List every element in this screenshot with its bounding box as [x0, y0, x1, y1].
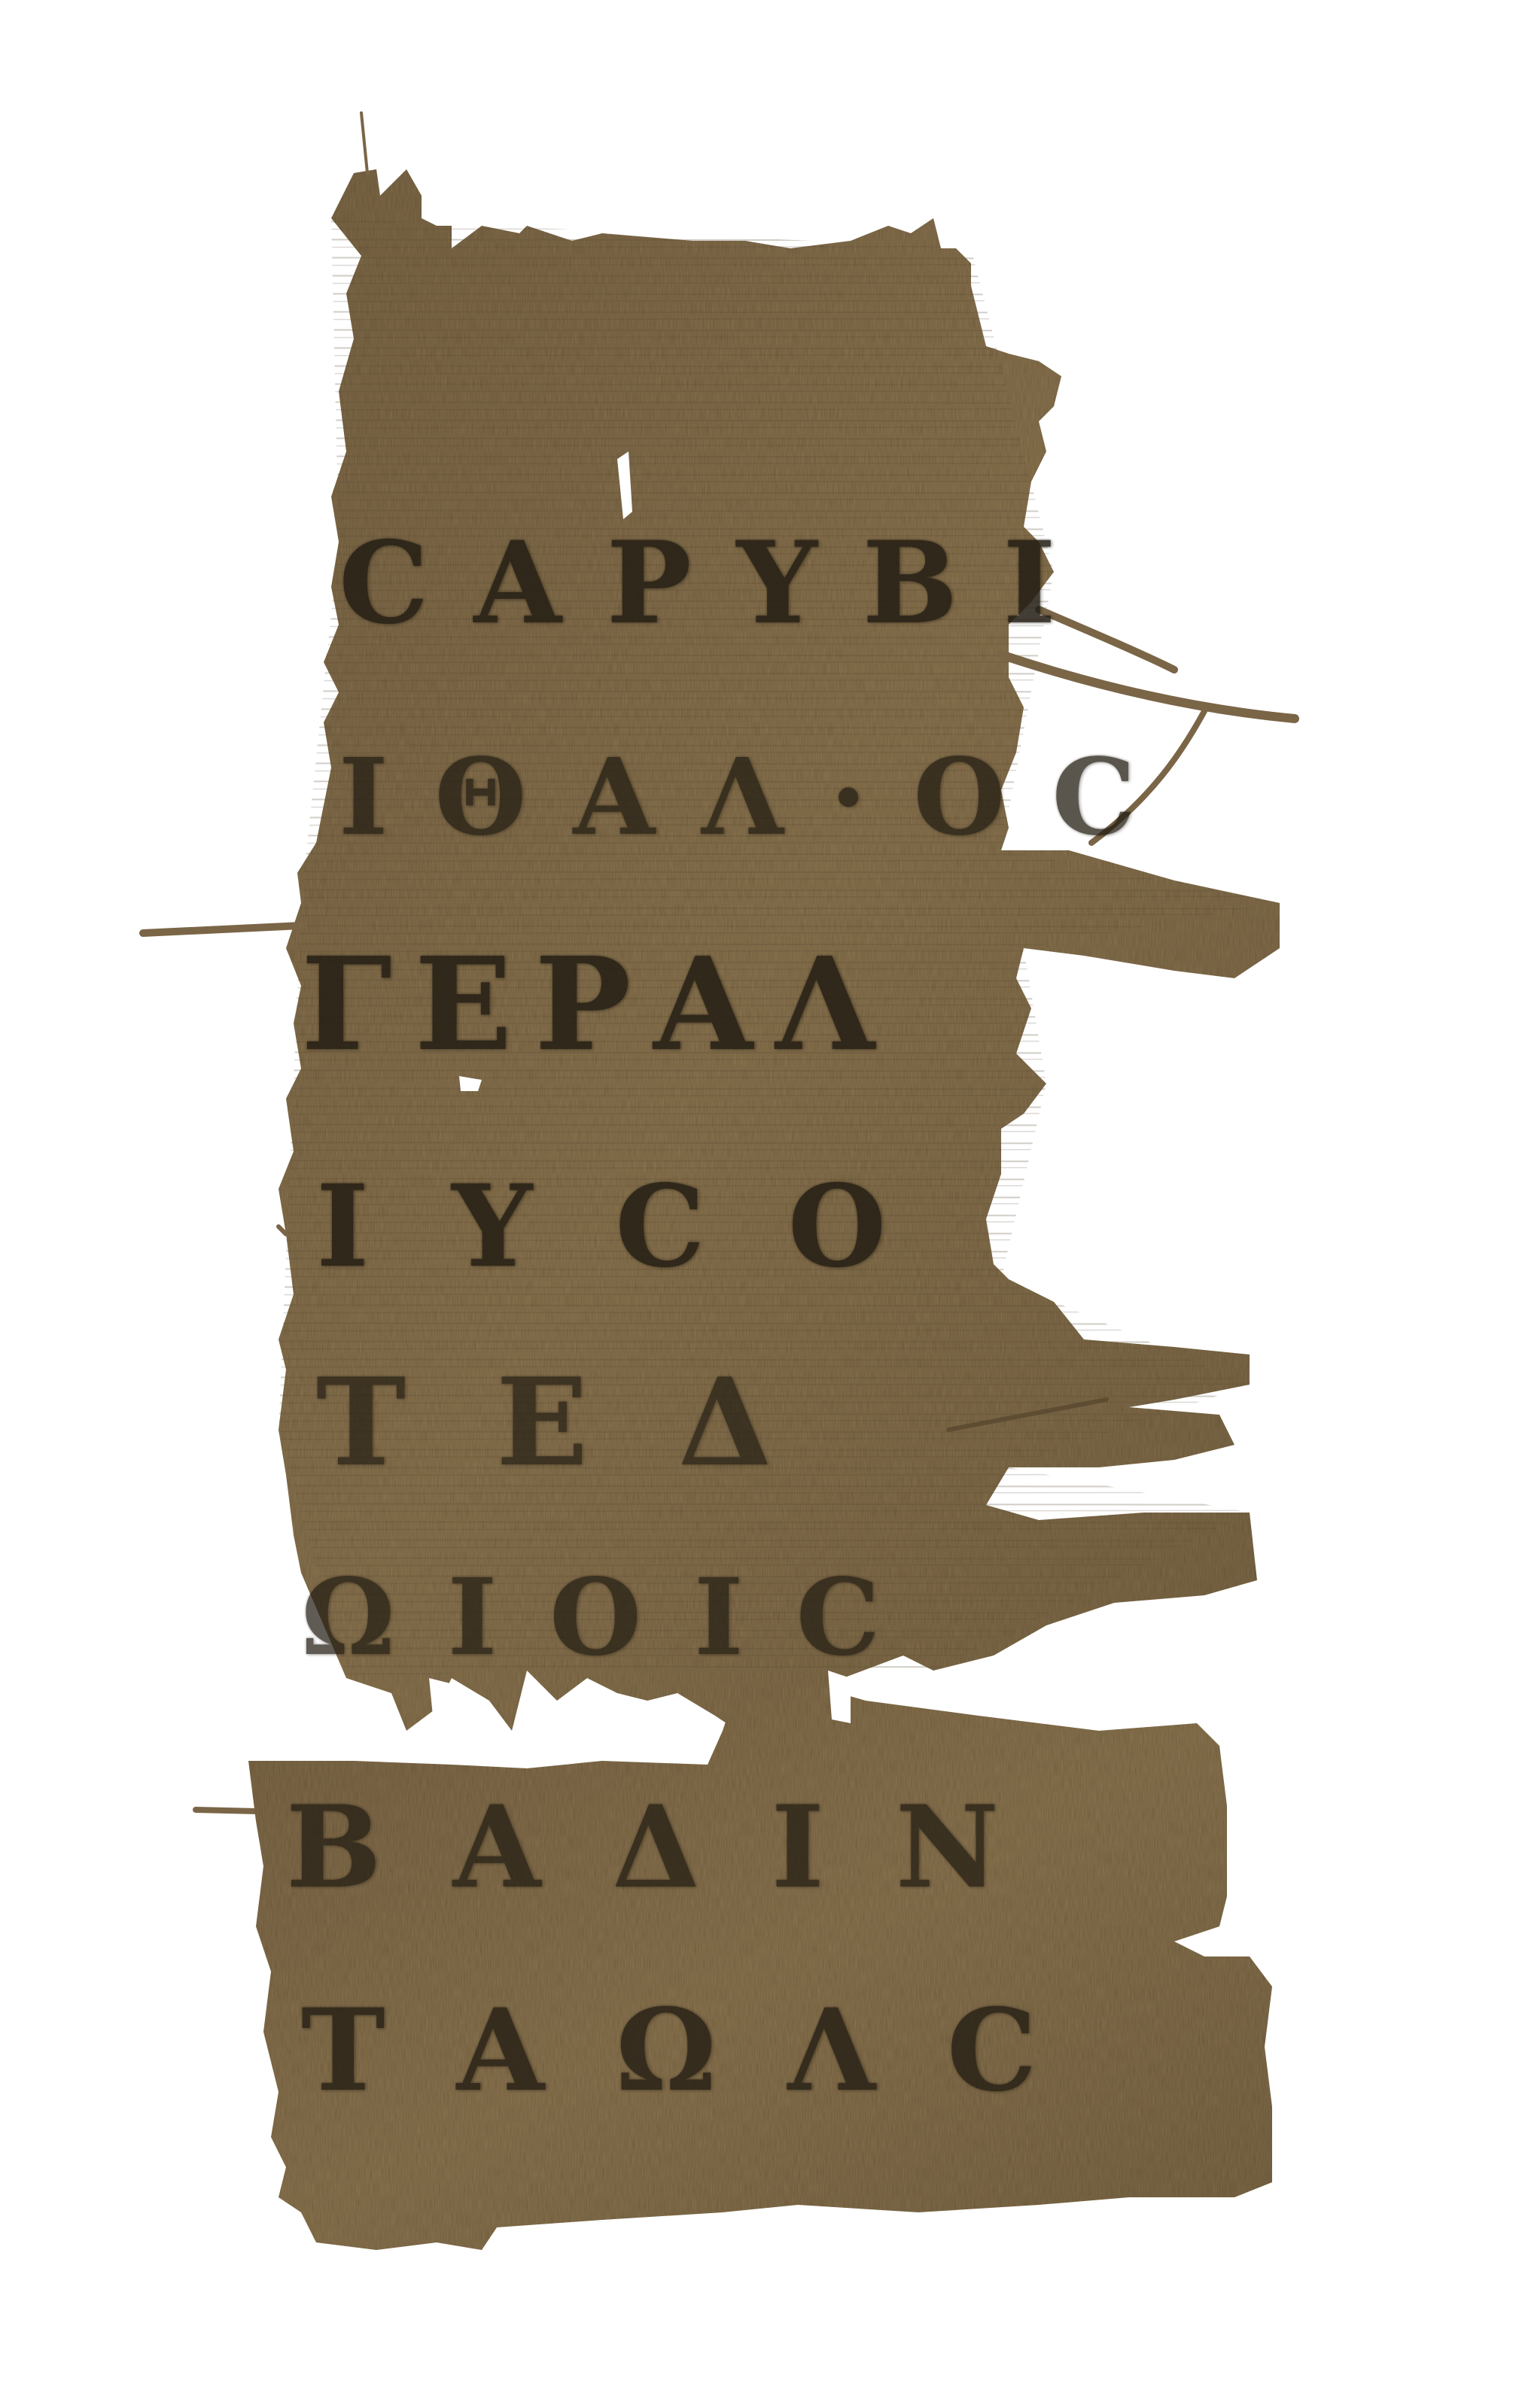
text-line-7: ΒΑΔΙΝ: [286, 1791, 1070, 1904]
text-line-6: ΩΙΟΙϹ: [301, 1565, 933, 1671]
text-line-3: ΓΕΡΑΛ: [301, 941, 897, 1069]
text-line-4: ΙΥϹΟ: [316, 1170, 969, 1283]
lower-piece: [248, 1686, 1272, 2250]
text-line-5: ΤΕΔ: [316, 1362, 862, 1482]
text-line-2: ΙΘΑΛ·ΟϹ: [339, 745, 1183, 850]
photo-stage: ϹΑΡΥΒΙ ΙΘΑΛ·ΟϹ ΓΕΡΑΛ ΙΥϹΟ ΤΕΔ ΩΙΟΙϹ ΒΑΔΙ…: [0, 0, 1513, 2408]
text-line-1: ϹΑΡΥΒΙ: [339, 527, 1101, 640]
text-line-8: ΤΑΩΛϹ: [301, 1994, 1108, 2107]
